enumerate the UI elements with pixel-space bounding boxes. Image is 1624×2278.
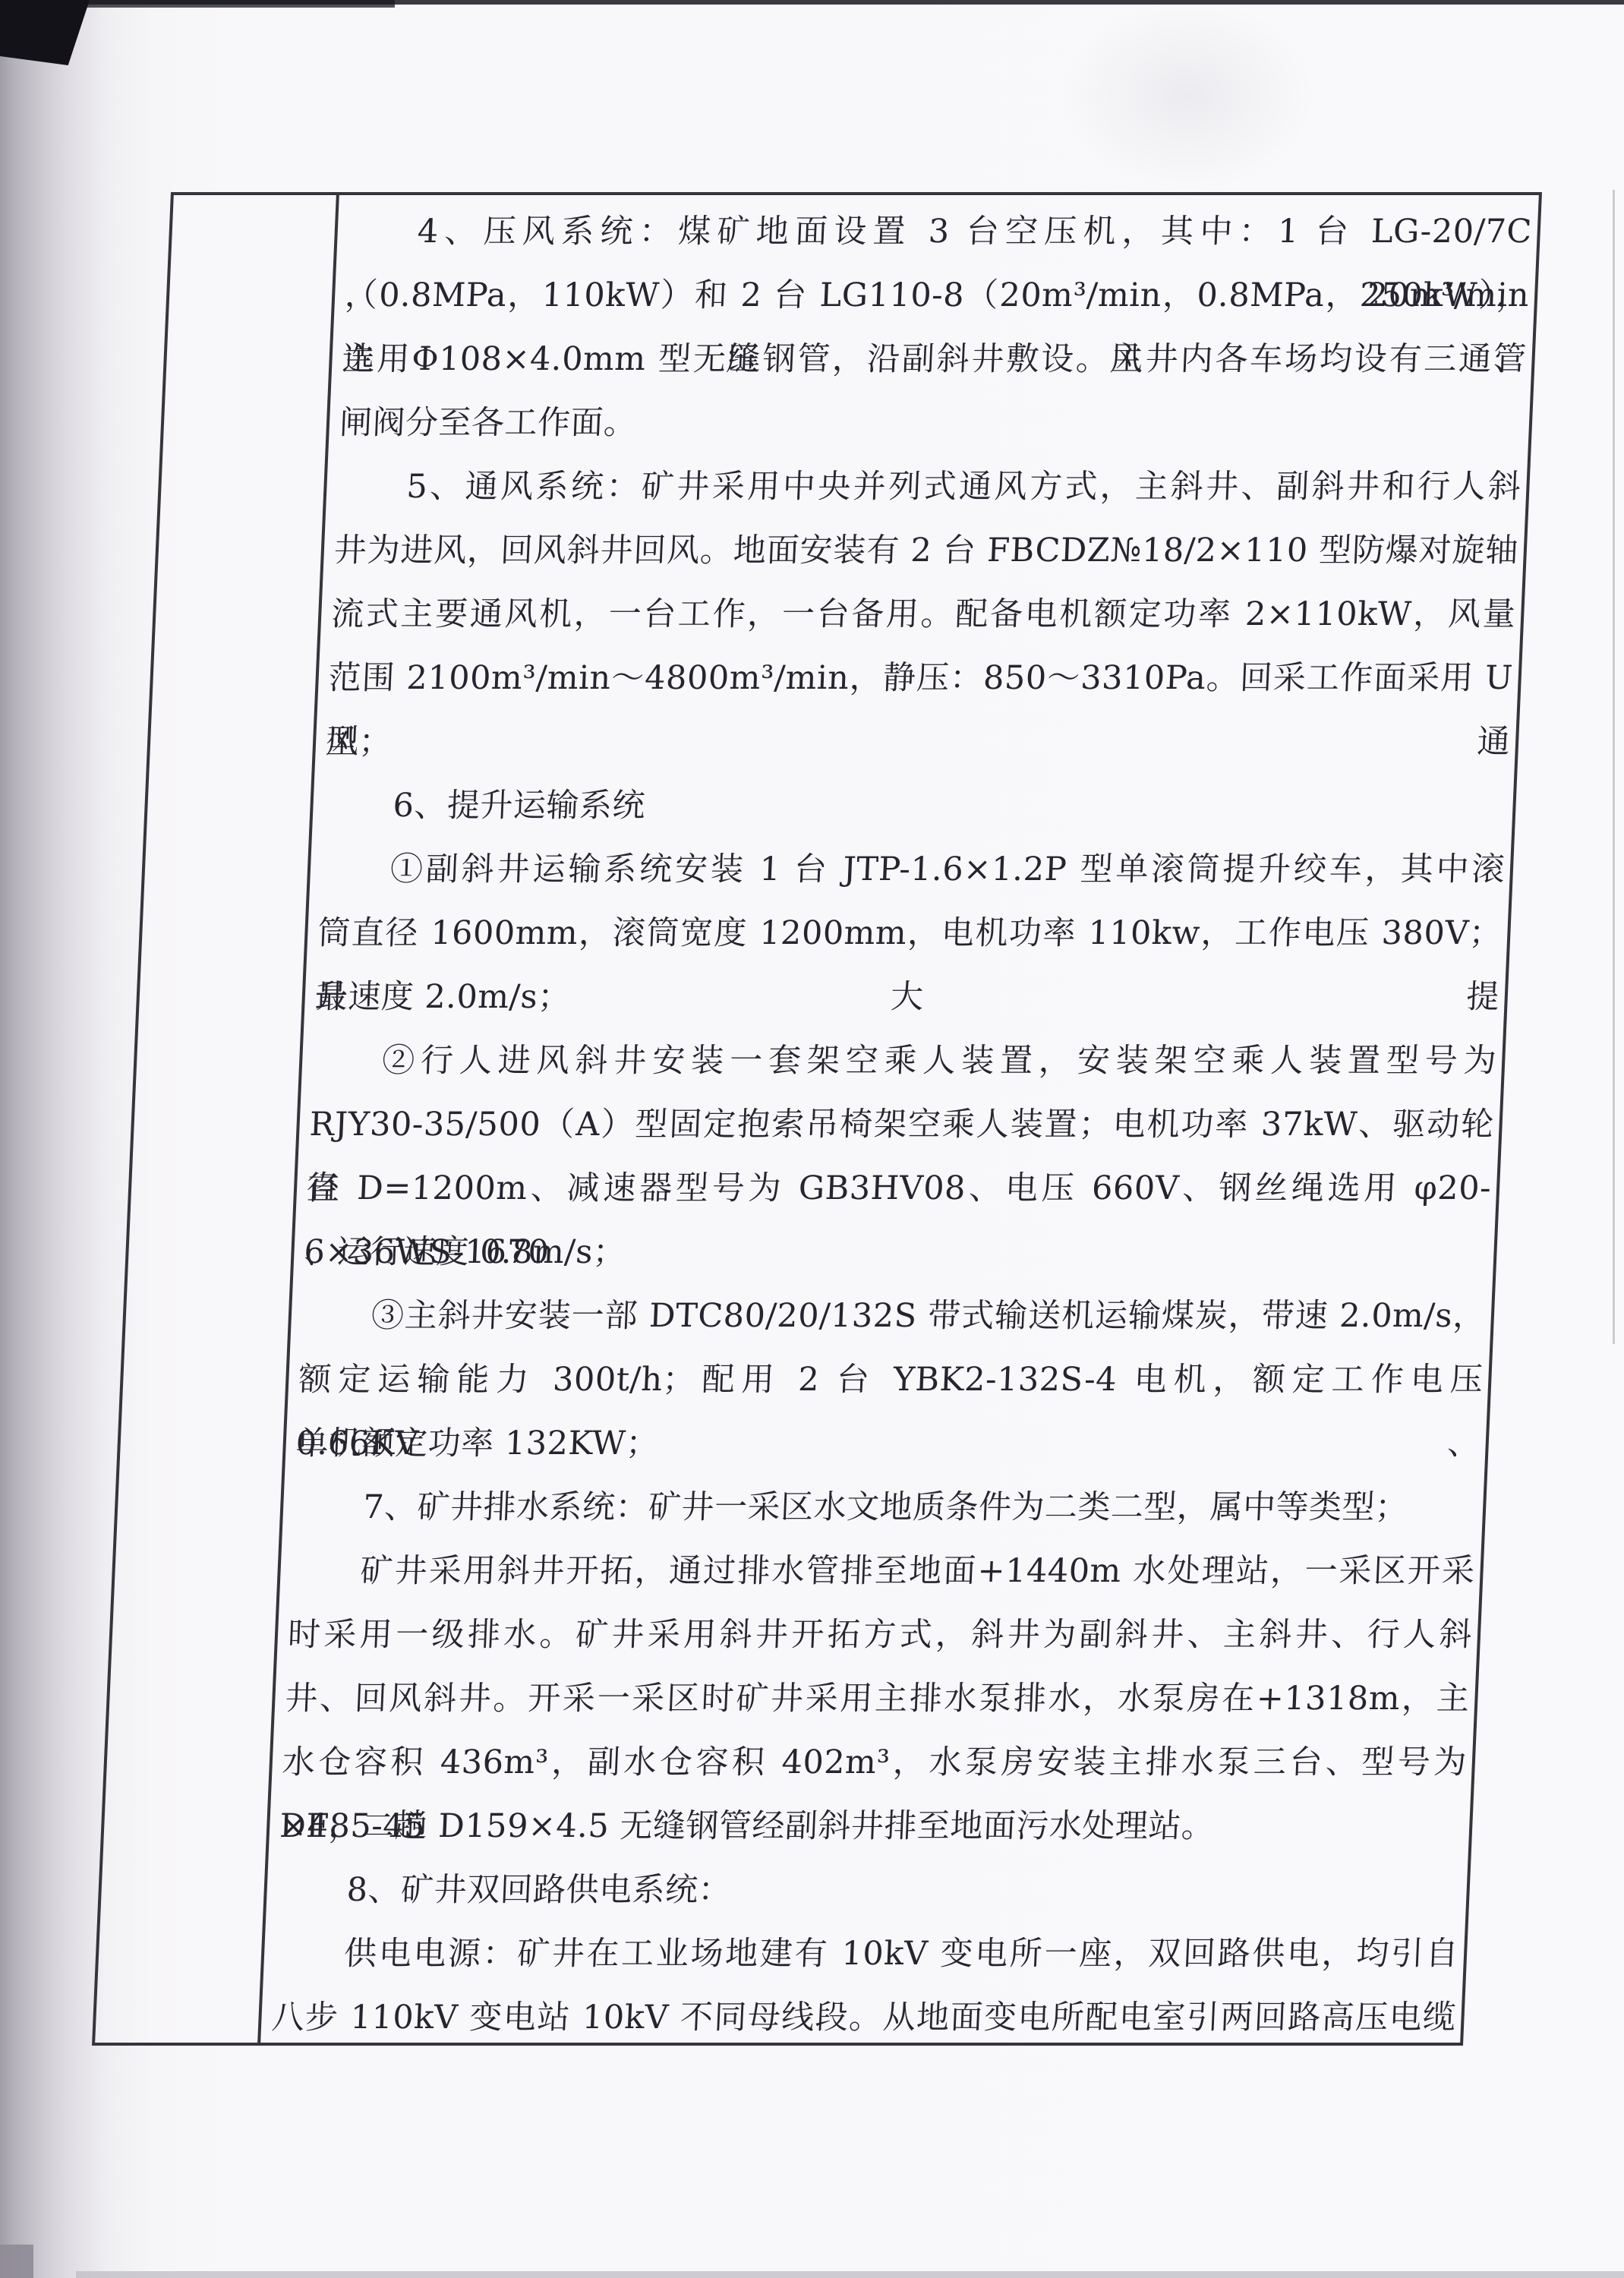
- text-line: 井、回风斜井。开采一采区时矿井采用主排水泵排水，水泵房在+1318m，主: [284, 1667, 1471, 1731]
- table-text: 4、压风系统：煤矿地面设置 3 台空压机，其中：1 台 LG-20/7C（20m…: [270, 200, 1534, 2049]
- text-line: 流式主要通风机，一台工作，一台备用。配备电机额定功率 2×110kW，风量: [330, 582, 1518, 646]
- text-line: RJY30-35/500（A）型固定抱索吊椅架空乘人装置；电机功率 37kW、驱…: [308, 1093, 1496, 1156]
- scan-corner-mark: [0, 0, 90, 65]
- text-line: ，0.8MPa，110kW）和 2 台 LG110-8（20m³/min，0.8…: [343, 263, 1531, 327]
- text-line: 水仓容积 436m³，副水仓容积 402m³，水泵房安装主排水泵三台、型号为 D…: [281, 1731, 1468, 1794]
- text-line: 井为进风，回风斜井回风。地面安装有 2 台 FBCDZ№18/2×110 型防爆…: [333, 519, 1520, 582]
- scan-corner-bottom-mark: [0, 2245, 33, 2278]
- document-table: 4、压风系统：煤矿地面设置 3 台空压机，其中：1 台 LG-20/7C（20m…: [92, 192, 1542, 2046]
- text-line: 6、提升运输系统: [322, 774, 1509, 838]
- text-line: 时采用一级排水。矿井采用斜井开拓方式，斜井为副斜井、主斜井、行人斜: [286, 1603, 1474, 1667]
- text-line: 筒直径 1600mm，滚筒宽度 1200mm，电机功率 110kw，工作电压 3…: [317, 901, 1504, 965]
- text-line: ①副斜井运输系统安装 1 台 JTP-1.6×1.2P 型单滚筒提升绞车，其中滚: [319, 838, 1506, 901]
- text-line: 7、矿井排水系统：矿井一采区水文地质条件为二类二型，属中等类型；: [292, 1475, 1479, 1539]
- text-line: 闸阀分至各工作面。: [338, 391, 1525, 455]
- scan-edge-bottom: [76, 2271, 1624, 2278]
- scanned-page: 4、压风系统：煤矿地面设置 3 台空压机，其中：1 台 LG-20/7C（20m…: [0, 0, 1624, 2278]
- text-line: 选用Φ108×4.0mm 型无缝钢管，沿副斜井敷设。主井内各车场均设有三通、: [341, 327, 1528, 391]
- text-line: ②行人进风斜井安装一套架空乘人装置，安装架空乘人装置型号为: [311, 1029, 1498, 1093]
- text-line: 5、通风系统：矿井采用中央并列式通风方式，主斜井、副斜井和行人斜: [336, 455, 1523, 519]
- text-line: 、运行速度 0.8m/s；: [303, 1220, 1490, 1284]
- text-line: 矿井采用斜井开拓，通过排水管排至地面+1440m 水处理站，一采区开采: [289, 1539, 1477, 1603]
- text-line: 8、矿井双回路供电系统：: [276, 1858, 1463, 1922]
- paper-edge-line: [1613, 190, 1615, 1344]
- scan-smudge: [1063, 0, 1313, 190]
- text-line: 径 D=1200m、减速器型号为 GB3HV08、电压 660V、钢丝绳选用 φ…: [305, 1156, 1493, 1220]
- text-line: 范围 2100m³/min～4800m³/min，静压：850～3310Pa。回…: [327, 646, 1515, 710]
- text-line: ×4，二趟 D159×4.5 无缝钢管经副斜井排至地面污水处理站。: [279, 1794, 1466, 1858]
- text-line: 八步 110kV 变电站 10kV 不同母线段。从地面变电所配电室引两回路高压电…: [270, 1986, 1458, 2049]
- text-line: 额定运输能力 300t/h；配用 2 台 YBK2-132S-4 电机，额定工作…: [298, 1348, 1485, 1412]
- text-line: 4、压风系统：煤矿地面设置 3 台空压机，其中：1 台 LG-20/7C（20m…: [346, 200, 1534, 263]
- text-line: ③主斜井安装一部 DTC80/20/132S 带式输送机运输煤炭，带速 2.0m…: [300, 1284, 1487, 1348]
- text-line: 供电电源：矿井在工业场地建有 10kV 变电所一座，双回路供电，均引自: [273, 1922, 1460, 1986]
